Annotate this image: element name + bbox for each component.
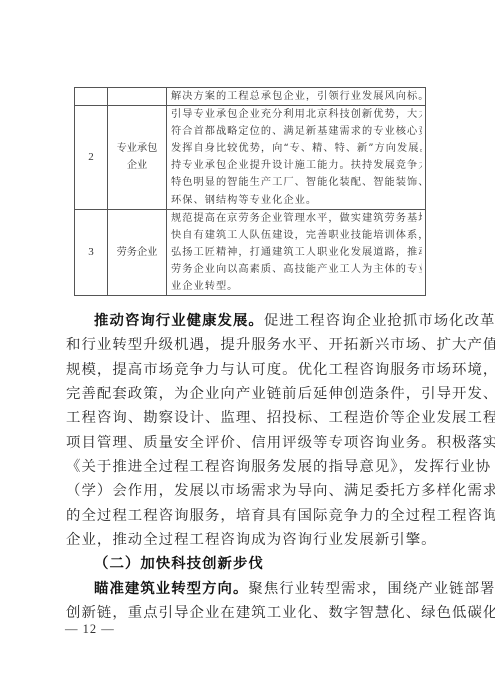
paragraph-first-line: 瞄准建筑业转型方向。聚焦行业转型需求，围绕产业链部署 <box>66 577 438 601</box>
description-line: 快自有建筑工人队伍建设，完善职业技能培训体系，大力 <box>171 227 422 244</box>
paragraph-line: 完善配套政策，为企业向产业链前后延伸创造条件，引导开发、 <box>66 382 438 406</box>
row-description: 引导专业承包企业充分利用北京科技创新优势，大力提升 符合首都战略定位的、满足新基… <box>167 106 426 210</box>
paragraph-line: （学）会作用，发展以市场需求为导向、满足委托方多样化需求 <box>66 479 438 503</box>
description-line: 劳务企业向以高素质、高技能产业工人为主体的专业化作 <box>171 261 422 278</box>
table-row: 2 专业承包企业 引导专业承包企业充分利用北京科技创新优势，大力提升 符合首都战… <box>75 106 426 210</box>
description-line: 发挥自身比较优势，向“专、精、特、新”方向发展。支 <box>171 140 422 157</box>
paragraph-line: 企业，推动全过程工程咨询成为咨询行业发展新引擎。 <box>66 528 438 552</box>
paragraph-line: 项目管理、质量安全评价、信用评级等专项咨询业务。积极落实 <box>66 431 438 455</box>
row-category <box>108 88 167 106</box>
paragraph-line: 工程咨询、勘察设计、监理、招投标、工程造价等企业发展工程 <box>66 406 438 430</box>
document-page: 解决方案的工程总承包企业，引领行业发展风向标。 2 专业承包企业 引导专业承包企… <box>0 0 495 700</box>
section-heading: （二）加快科技创新步伐 <box>66 552 438 576</box>
paragraph-text: 促进工程咨询企业抢抓市场化改革 <box>264 313 495 329</box>
description-line: 规范提高在京劳务企业管理水平，做实建筑劳务基地，加 <box>171 210 422 227</box>
paragraph-lead-heading: 瞄准建筑业转型方向。 <box>94 581 248 597</box>
paragraph-line: 和行业转型升级机遇，提升服务水平、开拓新兴市场、扩大产值 <box>66 333 438 357</box>
paragraph-line: 的全过程工程咨询服务，培育具有国际竞争力的全过程工程咨询 <box>66 504 438 528</box>
paragraph-line: 创新链，重点引导企业在建筑工业化、数字智慧化、绿色低碳化 <box>66 601 438 625</box>
paragraph-line: 《关于推进全过程工程咨询服务发展的指导意见》，发挥行业协 <box>66 455 438 479</box>
description-line: 特色明显的智能生产工厂、智能化装配、智能装饰、绿色 <box>171 174 422 191</box>
description-line: 持专业承包企业提升设计施工能力。扶持发展竞争力强、 <box>171 157 422 174</box>
paragraph-lead-heading: 推动咨询行业健康发展。 <box>94 313 264 329</box>
row-number: 2 <box>75 106 108 210</box>
table-row: 解决方案的工程总承包企业，引领行业发展风向标。 <box>75 88 426 106</box>
description-line: 解决方案的工程总承包企业，引领行业发展风向标。 <box>171 88 422 105</box>
paragraph-text: 聚焦行业转型需求，围绕产业链部署 <box>248 581 495 597</box>
description-line: 业企业转型。 <box>171 278 422 295</box>
page-number: — 12 — <box>65 622 115 637</box>
description-line: 环保、钢结构等专业化企业。 <box>171 192 422 209</box>
description-line: 符合首都战略定位的、满足新基建需求的专业核心竞争力， <box>171 123 422 140</box>
paragraph-line: 规模，提高市场竞争力与认可度。优化工程咨询服务市场环境， <box>66 358 438 382</box>
enterprise-category-table: 解决方案的工程总承包企业，引领行业发展风向标。 2 专业承包企业 引导专业承包企… <box>74 87 426 296</box>
row-number: 3 <box>75 209 108 295</box>
body-text: 推动咨询行业健康发展。促进工程咨询企业抢抓市场化改革 和行业转型升级机遇，提升服… <box>66 309 438 625</box>
table-row: 3 劳务企业 规范提高在京劳务企业管理水平，做实建筑劳务基地，加 快自有建筑工人… <box>75 209 426 295</box>
paragraph-first-line: 推动咨询行业健康发展。促进工程咨询企业抢抓市场化改革 <box>66 309 438 333</box>
row-number <box>75 88 108 106</box>
row-category: 专业承包企业 <box>108 106 167 210</box>
row-category: 劳务企业 <box>108 209 167 295</box>
description-line: 引导专业承包企业充分利用北京科技创新优势，大力提升 <box>171 106 422 123</box>
row-description: 规范提高在京劳务企业管理水平，做实建筑劳务基地，加 快自有建筑工人队伍建设，完善… <box>167 209 426 295</box>
row-description: 解决方案的工程总承包企业，引领行业发展风向标。 <box>167 88 426 106</box>
description-line: 弘扬工匠精神，打通建筑工人职业化发展道路，推动建筑 <box>171 244 422 261</box>
